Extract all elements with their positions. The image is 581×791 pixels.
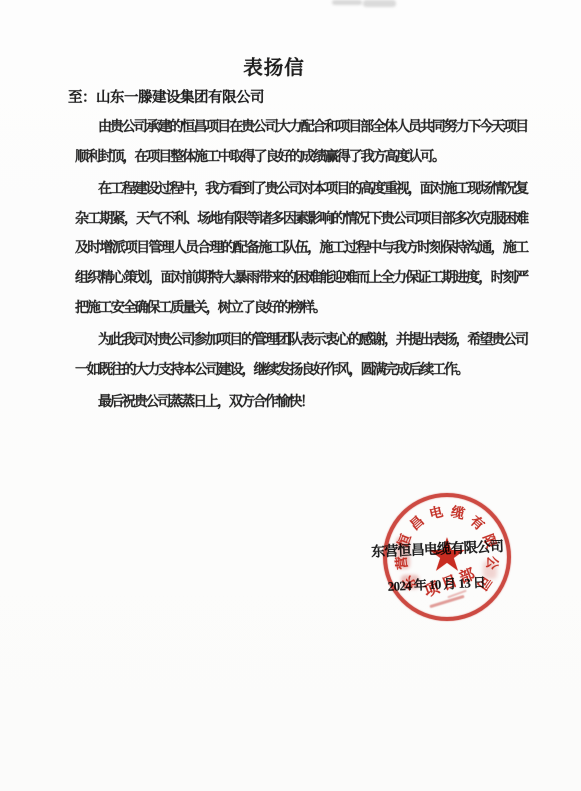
body-paragraph: 由贵公司承建的恒昌项目在贵公司大力配合和项目部全体人员共同努力下今天项目顺利封顶… <box>75 112 527 171</box>
seal-arc-char: 有 <box>467 510 490 534</box>
seal-smudge <box>483 561 497 579</box>
letter-body: 由贵公司承建的恒昌项目在贵公司大力配合和项目部全体人员共同努力下今天项目顺利封顶… <box>75 112 527 420</box>
scan-artifact <box>332 0 362 5</box>
body-paragraph: 为此我司对贵公司参加项目的管理团队表示衷心的感谢，并提出表扬，希望贵公司一如既往… <box>75 325 527 384</box>
seal-arc-char: 昌 <box>404 510 427 534</box>
body-paragraph: 在工程建设过程中，我方看到了贵公司对本项目的高度重视，面对施工现场情况复杂工期紧… <box>75 174 527 322</box>
scan-artifact <box>363 0 396 7</box>
seal-arc-char: 限 <box>479 531 502 551</box>
company-seal: 东营恒昌电缆有限公司 ★ 项目部 <box>383 493 511 621</box>
seal-arc-char: 缆 <box>449 500 467 523</box>
seal-smudge <box>396 537 410 569</box>
seal-arc-char: 电 <box>427 500 445 523</box>
letter-title: 表扬信 <box>0 52 548 80</box>
body-paragraph: 最后祝贵公司蒸蒸日上，双方合作愉快！ <box>75 387 527 417</box>
seal-smudge <box>401 575 419 589</box>
letter-page: 表扬信 至：山东一滕建设集团有限公司 由贵公司承建的恒昌项目在贵公司大力配合和项… <box>0 0 581 791</box>
recipient-line: 至：山东一滕建设集团有限公司 <box>68 86 264 107</box>
